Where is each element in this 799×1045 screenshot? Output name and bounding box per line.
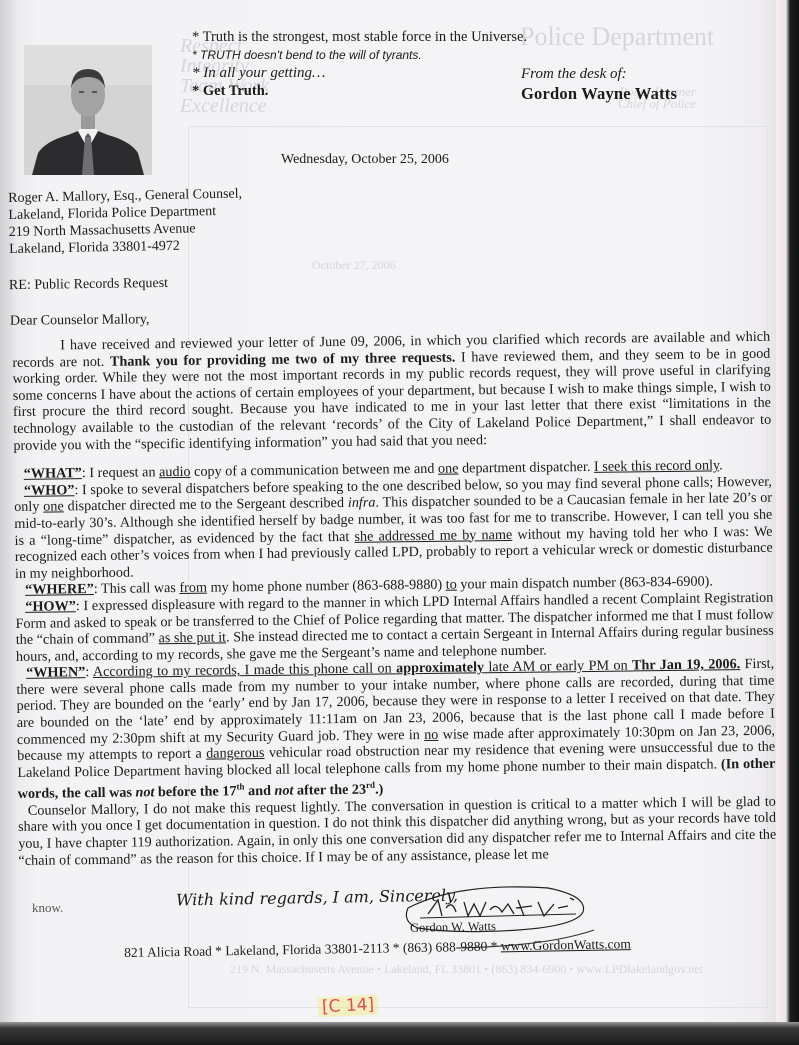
when-label: “WHEN” bbox=[26, 664, 85, 681]
address-line: Lakeland, Florida 33801-4972 bbox=[9, 236, 243, 257]
closing-paragraph: Counselor Mallory, I do not make this re… bbox=[18, 793, 777, 869]
letter-date: Wednesday, October 25, 2006 bbox=[281, 152, 449, 168]
exhibit-label-stamp: [C 14] bbox=[318, 994, 379, 1017]
closing-word: know. bbox=[32, 900, 63, 916]
intro-paragraph: I have received and reviewed your letter… bbox=[12, 329, 771, 454]
signature-printed-name: Gordon W. Watts bbox=[410, 919, 496, 936]
scan-right-edge bbox=[776, 0, 799, 1045]
sender-footer: 821 Alicia Road * Lakeland, Florida 3380… bbox=[124, 936, 631, 961]
portrait-person-icon bbox=[24, 45, 152, 175]
who-paragraph: “WHO”: I spoke to several dispatchers be… bbox=[14, 473, 773, 582]
when-paragraph: “WHEN”: According to my records, I made … bbox=[16, 656, 776, 803]
motto-2: * TRUTH doesn't bend to the will of tyra… bbox=[192, 46, 527, 64]
website-link[interactable]: www.GordonWatts.com bbox=[501, 936, 631, 953]
recipient-address: Roger A. Mallory, Esq., General Counsel,… bbox=[8, 186, 243, 258]
motto-1: * Truth is the strongest, most stable fo… bbox=[192, 28, 527, 46]
letter-body: I have received and reviewed your letter… bbox=[12, 321, 777, 869]
motto-3: * In all your getting… bbox=[192, 64, 527, 82]
from-desk-label: From the desk of: bbox=[521, 66, 677, 83]
where-label: “WHERE” bbox=[25, 581, 94, 598]
scanned-letter-page: Police Department Respect Integrity Team… bbox=[0, 0, 776, 1022]
motto-4: * Get Truth. bbox=[192, 82, 527, 100]
bleed-through-dept-text: Police Department bbox=[520, 22, 714, 52]
what-label: “WHAT” bbox=[24, 465, 82, 482]
who-label: “WHO” bbox=[24, 482, 75, 499]
scan-bottom-edge bbox=[0, 1022, 799, 1045]
salutation: Dear Counselor Mallory, bbox=[10, 312, 150, 329]
author-portrait-photo bbox=[24, 45, 152, 175]
bleed-through-date-text: October 27, 2006 bbox=[312, 258, 396, 273]
how-label: “HOW” bbox=[25, 598, 76, 615]
subject-line: RE: Public Records Request bbox=[9, 276, 168, 294]
footer-address: 821 Alicia Road * Lakeland, Florida 3380… bbox=[124, 938, 501, 960]
author-name: Gordon Wayne Watts bbox=[521, 84, 677, 104]
how-paragraph: “HOW”: I expressed displeasure with rega… bbox=[15, 590, 774, 666]
motto-list: * Truth is the strongest, most stable fo… bbox=[192, 28, 527, 100]
from-desk-block: From the desk of: Gordon Wayne Watts bbox=[521, 66, 677, 104]
bleed-through-footer-text: 219 N. Massachusetts Avenue • Lakeland, … bbox=[230, 962, 703, 977]
